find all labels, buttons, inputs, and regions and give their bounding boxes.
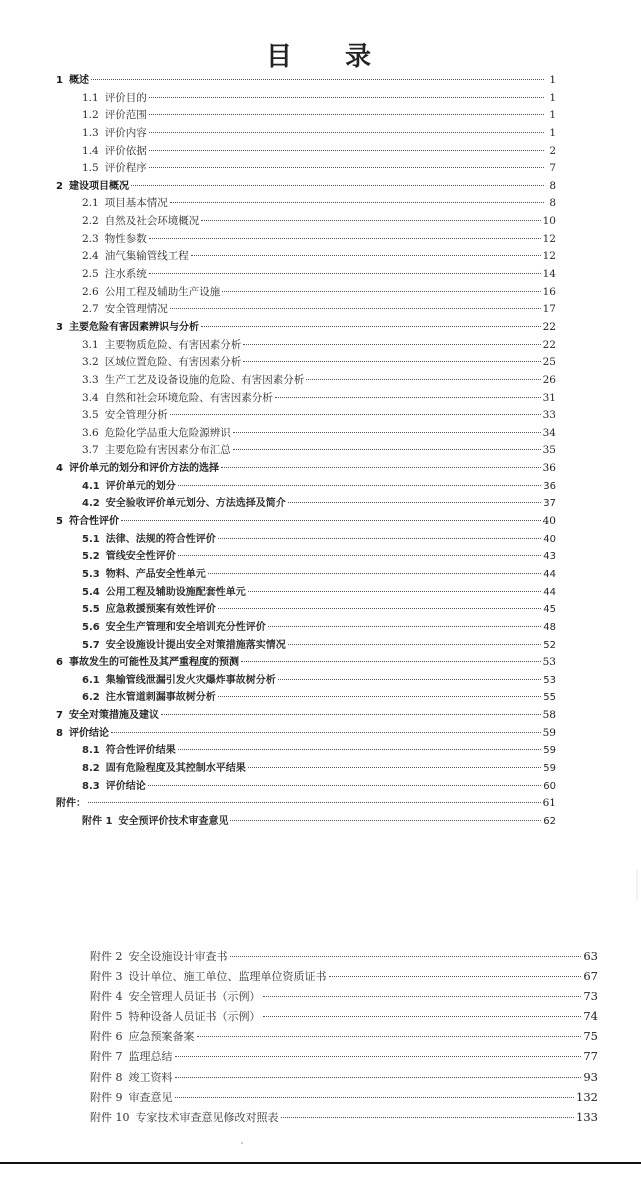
appendix-entry[interactable]: 附件 4安全管理人员证书（示例）73 [90,986,598,1006]
entry-title: 公用工程及辅助生产设施 [105,284,221,302]
dot-leader [281,1117,575,1118]
dot-leader [241,661,541,662]
page-number: 1 [546,125,556,143]
appendix-entry[interactable]: 附件 9审查意见132 [90,1087,598,1107]
dot-leader [230,820,541,821]
entry-title: 设计单位、施工单位、监理单位资质证书 [129,967,327,987]
page-number: 36 [543,478,556,496]
entry-title: 评价结论 [69,725,109,743]
dot-leader [218,538,542,539]
toc-chapter-entry[interactable]: 7安全对策措施及建议58 [56,707,556,725]
entry-number: 3.1 [82,337,99,355]
page-number: 40 [543,531,556,549]
toc-section-entry[interactable]: 3.5安全管理分析33 [56,407,556,425]
page-number: 17 [543,301,556,319]
dot-leader [91,79,544,80]
page-number: 44 [543,584,556,602]
entry-number: 1.4 [82,143,99,161]
dot-leader [149,150,544,151]
dot-leader [248,591,542,592]
page-number: 59 [543,760,556,778]
entry-number: 2.6 [82,284,99,302]
appendix-entry[interactable]: 附件 10专家技术审查意见修改对照表133 [90,1107,598,1127]
entry-number: 2.3 [82,231,99,249]
entry-number: 附件 6 [90,1027,123,1047]
toc-section-entry[interactable]: 3.2区域位置危险、有害因素分析25 [56,354,556,372]
page-number: 73 [583,986,598,1006]
entry-title: 物料、产品安全性单元 [106,566,206,584]
toc-section-entry[interactable]: 1.3评价内容1 [56,125,556,143]
page-number: 59 [543,725,556,743]
dot-leader [248,767,542,768]
entry-title: 安全设施设计审查书 [129,947,228,967]
entry-number: 4 [56,460,63,478]
entry-number: 5 [56,513,63,531]
dot-leader [201,326,541,327]
dot-leader [329,976,582,977]
entry-title: 竣工资料 [129,1068,173,1088]
dot-leader [263,1016,582,1017]
entry-title: 评价目的 [105,90,147,108]
toc-section-entry[interactable]: 5.7安全设施设计提出安全对策措施落实情况52 [56,637,556,655]
entry-title: 安全管理分析 [105,407,168,425]
appendix-entry[interactable]: 附件 7监理总结77 [90,1046,598,1066]
entry-title: 应急预案备案 [129,1027,195,1047]
entry-number: 8.1 [82,742,100,760]
toc-chapter-entry[interactable]: 1概述1 [56,72,556,90]
entry-number: 1.3 [82,125,99,143]
dot-leader [268,626,542,627]
page-number: 33 [543,407,556,425]
appendix-entry[interactable]: 附件 5特种设备人员证书（示例）74 [90,1006,598,1026]
entry-title: 危险化学品重大危险源辨识 [105,425,231,443]
entry-number: 5.2 [82,548,100,566]
appendix-entry[interactable]: 附件 6应急预案备案75 [90,1026,598,1046]
dot-leader [178,749,542,750]
entry-title: 安全生产管理和安全培训充分性评价 [106,619,266,637]
page-number: 75 [583,1026,598,1046]
entry-number: 8.2 [82,760,100,778]
toc-section-entry[interactable]: 3.3生产工艺及设备设施的危险、有害因素分析26 [56,372,556,390]
dot-leader [243,344,540,345]
toc-section-entry[interactable]: 1.4评价依据2 [56,143,556,161]
entry-number: 2 [56,178,63,196]
page-bottom-rule [0,1162,641,1164]
entry-number: 5.5 [82,601,100,619]
page-number: 43 [543,548,556,566]
toc-section-entry[interactable]: 5.6安全生产管理和安全培训充分性评价48 [56,619,556,637]
dot-leader [178,555,542,556]
entry-number: 8.3 [82,778,100,796]
page-number: 26 [543,372,556,390]
entry-number: 6 [56,654,63,672]
dot-leader [243,361,540,362]
entry-number: 附件 8 [90,1068,123,1088]
table-of-contents: 1概述11.1评价目的11.2评价范围11.3评价内容11.4评价依据21.5评… [56,72,556,831]
scan-speck [241,1142,243,1144]
dot-leader [275,397,541,398]
entry-number: 5.6 [82,619,100,637]
toc-section-entry[interactable]: 2.2自然及社会环境概况10 [56,213,556,231]
page-number: 1 [546,72,556,90]
dot-leader [149,273,541,274]
toc-section-entry[interactable]: 1.2评价范围1 [56,107,556,125]
entry-number: 3.6 [82,425,99,443]
entry-title: 项目基本情况 [105,195,168,213]
entry-number: 附件 7 [90,1047,123,1067]
entry-title: 管线安全性评价 [106,548,176,566]
page-number: 45 [543,601,556,619]
entry-title: 油气集输管线工程 [105,248,189,266]
entry-number: 2.1 [82,195,99,213]
entry-title: 自然和社会环境危险、有害因素分析 [105,390,273,408]
dot-leader [288,644,542,645]
dot-leader [111,732,541,733]
toc-chapter-entry[interactable]: 4评价单元的划分和评价方法的选择36 [56,460,556,478]
toc-section-entry[interactable]: 5.3物料、产品安全性单元44 [56,566,556,584]
entry-title: 评价范围 [105,107,147,125]
entry-title: 特种设备人员证书（示例） [129,1007,261,1027]
appendix-entry[interactable]: 附件 2安全设施设计审查书63 [90,946,598,966]
dot-leader [88,802,541,803]
page-number: 36 [543,460,556,478]
entry-number: 3.2 [82,354,99,372]
entry-number: 附件 1 [82,813,112,831]
entry-number: 6.1 [82,672,100,690]
page-number: 62 [543,813,556,831]
dot-leader [191,255,541,256]
toc-section-entry[interactable]: 6.1集输管线泄漏引发火灾爆炸事故树分析53 [56,672,556,690]
dot-leader [306,379,540,380]
table-of-contents-appendix: 附件 2安全设施设计审查书63附件 3设计单位、施工单位、监理单位资质证书67附… [90,946,598,1127]
dot-leader [131,185,544,186]
toc-chapter-entry[interactable]: 8评价结论59 [56,725,556,743]
entry-number: 7 [56,707,63,725]
entry-title: 评价单元的划分和评价方法的选择 [69,460,219,478]
page-number: 22 [543,319,556,337]
entry-title: 法律、法规的符合性评价 [106,531,216,549]
page-number: 61 [543,795,556,813]
entry-number: 4.2 [82,495,100,513]
dot-leader [263,996,582,997]
page-number: 63 [583,946,598,966]
page-number: 1 [546,90,556,108]
entry-number: 2.2 [82,213,99,231]
entry-number: 5.7 [82,637,100,655]
page-number: 48 [543,619,556,637]
entry-title: 生产工艺及设备设施的危险、有害因素分析 [105,372,305,390]
dot-leader [208,573,542,574]
dot-leader [149,132,544,133]
entry-number: 附件 10 [90,1108,130,1128]
page-number: 59 [543,742,556,760]
entry-title: 主要危险有害因素辨识与分析 [69,319,199,337]
entry-title: 固有危险程度及其控制水平结果 [106,760,246,778]
entry-number: 5.4 [82,584,100,602]
entry-title: 区域位置危险、有害因素分析 [105,354,242,372]
entry-title: 安全设施设计提出安全对策措施落实情况 [106,637,286,655]
toc-section-entry[interactable]: 1.1评价目的1 [56,90,556,108]
dot-leader [170,414,541,415]
scan-artifact [636,870,638,900]
entry-number: 1 [56,72,63,90]
dot-leader [197,1036,582,1037]
entry-number: 附件 3 [90,967,123,987]
page-number: 77 [583,1046,598,1066]
entry-number: 1.5 [82,160,99,178]
page-title: 目 录 [0,40,641,74]
dot-leader [121,520,541,521]
page-number: 58 [543,707,556,725]
dot-leader [218,608,542,609]
toc-section-entry[interactable]: 5.1法律、法规的符合性评价40 [56,531,556,549]
page-number: 16 [543,284,556,302]
entry-number: 附件 4 [90,987,123,1007]
dot-leader [149,114,544,115]
dot-leader [221,467,541,468]
toc-section-entry[interactable]: 5.4公用工程及辅助设施配套性单元44 [56,584,556,602]
page-number: 74 [583,1006,598,1026]
entry-title: 安全管理情况 [105,301,168,319]
toc-section-entry[interactable]: 3.4自然和社会环境危险、有害因素分析31 [56,390,556,408]
toc-section-entry[interactable]: 3.6危险化学品重大危险源辨识34 [56,425,556,443]
entry-title: 主要物质危险、有害因素分析 [105,337,242,355]
entry-title: 评价结论 [106,778,146,796]
page-number: 25 [543,354,556,372]
entry-number: 3.4 [82,390,99,408]
page-number: 132 [576,1087,598,1107]
page-number: 12 [543,231,556,249]
page-number: 22 [543,337,556,355]
toc-section-entry[interactable]: 2.6公用工程及辅助生产设施16 [56,284,556,302]
toc-section-entry[interactable]: 2.1项目基本情况8 [56,195,556,213]
entry-title: 概述 [69,72,89,90]
page-number: 53 [543,672,556,690]
dot-leader [148,785,542,786]
toc-chapter-entry[interactable]: 5符合性评价40 [56,513,556,531]
dot-leader [161,714,541,715]
toc-section-entry[interactable]: 附件 1安全预评价技术审查意见62 [56,813,556,831]
page-number: 7 [546,160,556,178]
entry-title: 主要危险有害因素分布汇总 [105,442,231,460]
entry-number: 6.2 [82,689,100,707]
entry-number: 2.7 [82,301,99,319]
page-number: 12 [543,248,556,266]
dot-leader [149,238,541,239]
page-number: 40 [543,513,556,531]
toc-section-entry[interactable]: 5.2管线安全性评价43 [56,548,556,566]
toc-section-entry[interactable]: 8.2固有危险程度及其控制水平结果59 [56,760,556,778]
toc-section-entry[interactable]: 8.3评价结论60 [56,778,556,796]
entry-number: 附件 2 [90,947,123,967]
dot-leader [201,220,540,221]
toc-section-entry[interactable]: 5.5应急救援预案有效性评价45 [56,601,556,619]
entry-title: 事故发生的可能性及其严重程度的预测 [69,654,239,672]
dot-leader [149,167,544,168]
page-number: 53 [543,654,556,672]
dot-leader [222,291,540,292]
dot-leader [178,485,542,486]
toc-section-entry[interactable]: 2.5注水系统14 [56,266,556,284]
page-number: 10 [543,213,556,231]
entry-title: 安全预评价技术审查意见 [118,813,228,831]
dot-leader [149,97,544,98]
toc-section-entry[interactable]: 6.2注水管道刺漏事故树分析55 [56,689,556,707]
toc-section-entry[interactable]: 1.5评价程序7 [56,160,556,178]
dot-leader [233,449,541,450]
entry-title: 应急救援预案有效性评价 [106,601,216,619]
entry-title: 监理总结 [129,1047,173,1067]
page-number: 14 [543,266,556,284]
entry-title: 符合性评价结果 [106,742,176,760]
page-number: 44 [543,566,556,584]
page-number: 133 [576,1107,598,1127]
entry-title: 建设项目概况 [69,178,129,196]
entry-number: 附件 5 [90,1007,123,1027]
entry-title: 物性参数 [105,231,147,249]
entry-title: 评价依据 [105,143,147,161]
entry-number: 1.1 [82,90,99,108]
page-number: 2 [546,143,556,161]
toc-chapter-entry[interactable]: 附件：61 [56,795,556,813]
dot-leader [170,202,544,203]
entry-number: 附件 9 [90,1088,123,1108]
page-number: 1 [546,107,556,125]
page-number: 67 [583,966,598,986]
entry-title: 注水管道刺漏事故树分析 [106,689,216,707]
toc-chapter-entry[interactable]: 3主要危险有害因素辨识与分析22 [56,319,556,337]
page-number: 60 [543,778,556,796]
dot-leader [218,696,542,697]
entry-number: 8 [56,725,63,743]
entry-title: 审查意见 [129,1088,173,1108]
entry-number: 5.3 [82,566,100,584]
appendix-entry[interactable]: 附件 8竣工资料93 [90,1067,598,1087]
page-number: 93 [583,1067,598,1087]
appendix-entry[interactable]: 附件 3设计单位、施工单位、监理单位资质证书67 [90,966,598,986]
entry-title: 自然及社会环境概况 [105,213,200,231]
toc-chapter-entry[interactable]: 6事故发生的可能性及其严重程度的预测53 [56,654,556,672]
entry-number: 4.1 [82,478,100,496]
entry-title: 附件： [56,795,86,813]
dot-leader [175,1097,575,1098]
entry-title: 公用工程及辅助设施配套性单元 [106,584,246,602]
entry-title: 评价单元的划分 [106,478,176,496]
entry-title: 集输管线泄漏引发火灾爆炸事故树分析 [106,672,276,690]
entry-title: 安全验收评价单元划分、方法选择及简介 [106,495,286,513]
page-number: 35 [543,442,556,460]
toc-section-entry[interactable]: 2.3物性参数12 [56,231,556,249]
entry-title: 评价内容 [105,125,147,143]
entry-number: 2.5 [82,266,99,284]
entry-number: 3 [56,319,63,337]
page-number: 52 [543,637,556,655]
page-number: 37 [543,495,556,513]
toc-section-entry[interactable]: 8.1符合性评价结果59 [56,742,556,760]
toc-section-entry[interactable]: 4.1评价单元的划分36 [56,478,556,496]
entry-number: 2.4 [82,248,99,266]
entry-title: 安全管理人员证书（示例） [129,987,261,1007]
entry-title: 符合性评价 [69,513,119,531]
dot-leader [175,1077,582,1078]
entry-number: 3.7 [82,442,99,460]
entry-number: 1.2 [82,107,99,125]
entry-number: 5.1 [82,531,100,549]
page-number: 31 [543,390,556,408]
dot-leader [230,956,582,957]
entry-title: 专家技术审查意见修改对照表 [136,1108,279,1128]
toc-section-entry[interactable]: 3.1主要物质危险、有害因素分析22 [56,337,556,355]
toc-section-entry[interactable]: 4.2安全验收评价单元划分、方法选择及简介37 [56,495,556,513]
toc-section-entry[interactable]: 2.4油气集输管线工程12 [56,248,556,266]
page-number: 55 [543,689,556,707]
dot-leader [288,502,542,503]
page-number: 34 [543,425,556,443]
entry-title: 安全对策措施及建议 [69,707,159,725]
dot-leader [170,308,541,309]
entry-title: 评价程序 [105,160,147,178]
entry-title: 注水系统 [105,266,147,284]
page-number: 8 [546,195,556,213]
dot-leader [233,432,541,433]
entry-number: 3.3 [82,372,99,390]
dot-leader [278,679,542,680]
dot-leader [175,1056,582,1057]
entry-number: 3.5 [82,407,99,425]
toc-chapter-entry[interactable]: 2建设项目概况8 [56,178,556,196]
toc-section-entry[interactable]: 3.7主要危险有害因素分布汇总35 [56,442,556,460]
page-number: 8 [546,178,556,196]
toc-section-entry[interactable]: 2.7安全管理情况17 [56,301,556,319]
